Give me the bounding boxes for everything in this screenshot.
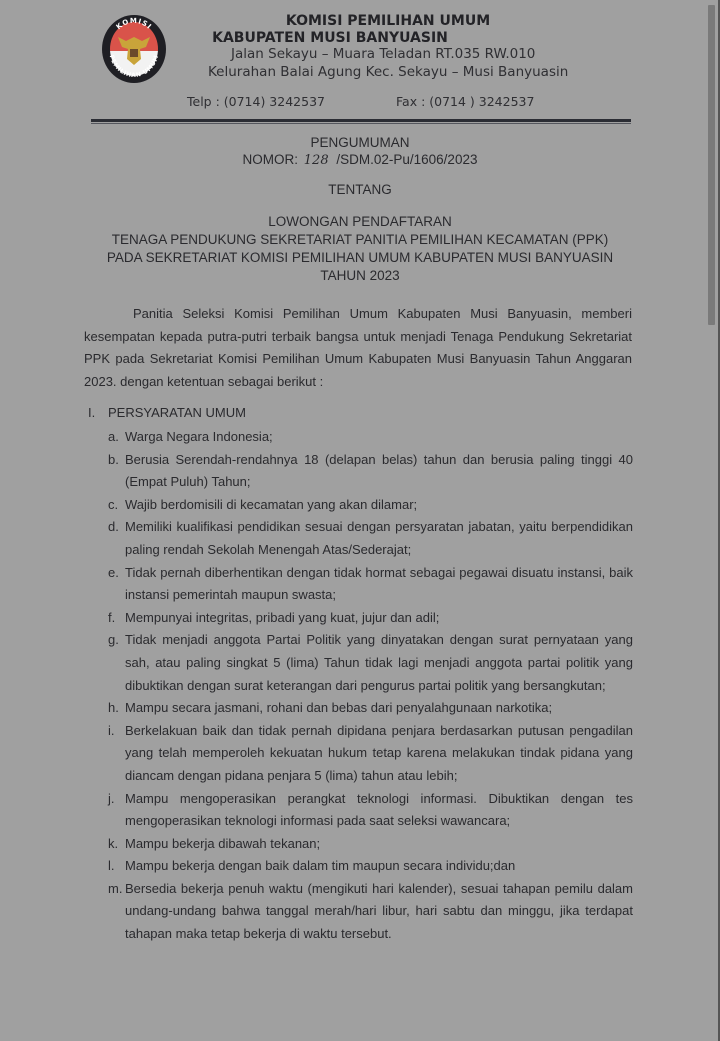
doc-number-handwritten: 128 [304,153,329,168]
list-item: l.Mampu bekerja dengan baik dalam tim ma… [108,855,633,878]
doc-number: NOMOR: 128 /SDM.02-Pu/1606/2023 [0,152,720,168]
subject-line-2: TENAGA PENDUKUNG SEKRETARIAT PANITIA PEM… [0,232,720,247]
section-title: PERSYARATAN UMUM [108,405,246,420]
list-marker: m. [108,878,122,901]
list-item: g.Tidak menjadi anggota Partai Politik y… [108,629,633,697]
letterhead-divider-thin [91,123,631,124]
org-region: KABUPATEN MUSI BANYUASIN [0,30,660,46]
address-line-2: Kelurahan Balai Agung Kec. Sekayu – Musi… [208,64,568,80]
list-text: Berkelakuan baik dan tidak pernah dipida… [125,723,633,783]
intro-paragraph: Panitia Seleksi Komisi Pemilihan Umum Ka… [84,303,632,393]
list-text: Warga Negara Indonesia; [125,429,273,444]
address-line-1: Jalan Sekayu – Muara Teladan RT.035 RW.0… [231,46,535,62]
section-number: I. [88,405,108,420]
list-item: c.Wajib berdomisili di kecamatan yang ak… [108,494,633,517]
list-item: i.Berkelakuan baik dan tidak pernah dipi… [108,720,633,788]
org-name: KOMISI PEMILIHAN UMUM [28,13,720,29]
list-text: Mampu secara jasmani, rohani dan bebas d… [125,700,552,715]
list-marker: i. [108,720,115,743]
list-marker: c. [108,494,118,517]
list-item: a.Warga Negara Indonesia; [108,426,633,449]
list-item: e.Tidak pernah diberhentikan dengan tida… [108,562,633,607]
list-text: Bersedia bekerja penuh waktu (mengikuti … [125,881,633,941]
subject-line-3: PADA SEKRETARIAT KOMISI PEMILIHAN UMUM K… [0,250,720,265]
list-text: Mampu bekerja dibawah tekanan; [125,836,320,851]
list-text: Berusia Serendah-rendahnya 18 (delapan b… [125,452,633,490]
list-text: Tidak pernah diberhentikan dengan tidak … [125,565,633,603]
list-marker: h. [108,697,119,720]
list-item: k.Mampu bekerja dibawah tekanan; [108,833,633,856]
list-text: Mampu mengoperasikan perangkat teknologi… [125,791,633,829]
list-marker: k. [108,833,118,856]
list-text: Tidak menjadi anggota Partai Politik yan… [125,632,633,692]
list-item: h.Mampu secara jasmani, rohani dan bebas… [108,697,633,720]
doc-heading: PENGUMUMAN [0,135,720,150]
list-marker: g. [108,629,119,652]
letterhead-divider [91,119,631,122]
fax-number: Fax : (0714 ) 3242537 [396,94,534,109]
doc-number-suffix: /SDM.02-Pu/1606/2023 [336,152,477,167]
subject-line-1: LOWONGAN PENDAFTARAN [0,214,720,229]
list-item: j.Mampu mengoperasikan perangkat teknolo… [108,788,633,833]
section-heading: I.PERSYARATAN UMUM [88,405,246,420]
scrollbar-thumb[interactable] [708,5,715,325]
list-item: d.Memiliki kualifikasi pendidikan sesuai… [108,516,633,561]
list-marker: d. [108,516,119,539]
list-marker: b. [108,449,119,472]
list-marker: j. [108,788,115,811]
doc-about-label: TENTANG [0,182,720,197]
list-text: Mempunyai integritas, pribadi yang kuat,… [125,610,439,625]
phone-number: Telp : (0714) 3242537 [187,94,325,109]
list-marker: e. [108,562,119,585]
list-item: m.Bersedia bekerja penuh waktu (mengikut… [108,878,633,946]
list-text: Memiliki kualifikasi pendidikan sesuai d… [125,519,633,557]
list-marker: f. [108,607,115,630]
doc-number-label: NOMOR: [243,152,299,167]
list-text: Mampu bekerja dengan baik dalam tim maup… [125,858,515,873]
requirements-list: a.Warga Negara Indonesia; b.Berusia Sere… [108,426,633,946]
list-marker: l. [108,855,115,878]
list-item: f.Mempunyai integritas, pribadi yang kua… [108,607,633,630]
list-marker: a. [108,426,119,449]
list-item: b.Berusia Serendah-rendahnya 18 (delapan… [108,449,633,494]
list-text: Wajib berdomisili di kecamatan yang akan… [125,497,417,512]
document-page: KOMISI PEMILIHAN UMUM KOMISI PEMILIHAN U… [0,0,720,1041]
subject-line-4: TAHUN 2023 [0,268,720,283]
